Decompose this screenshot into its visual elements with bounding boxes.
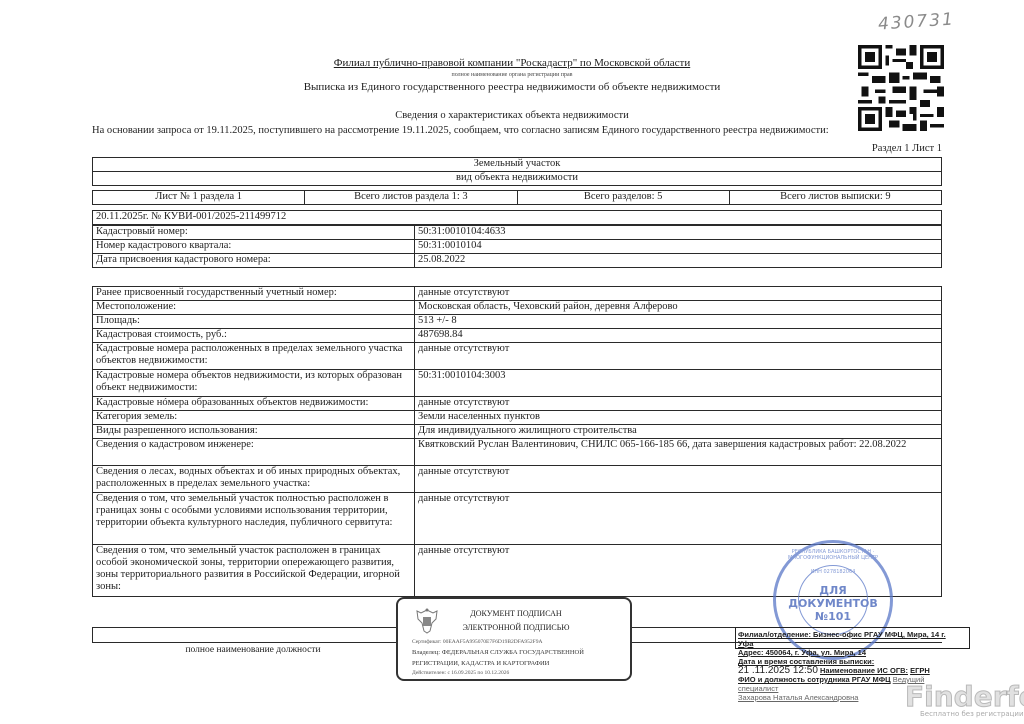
filial-branch: Филиал/отделение: Бизнес-офис РГАУ МФЦ, … bbox=[738, 630, 960, 648]
doc-number-table: 20.11.2025г. № КУВИ-001/2025-211499712 bbox=[92, 210, 942, 225]
row-value: 50:31:0010104:4633 bbox=[415, 226, 942, 240]
table-row: Ранее присвоенный государственный учетны… bbox=[93, 287, 942, 301]
filial-ogv-label: Наименование ИС ОГВ: bbox=[820, 666, 908, 675]
row-value: данные отсутствуют bbox=[415, 466, 942, 493]
signed-title: ДОКУМЕНТ ПОДПИСАН bbox=[398, 609, 634, 618]
row-label: Номер кадастрового квартала: bbox=[93, 240, 415, 254]
table-row: Номер кадастрового квартала: 50:31:00101… bbox=[93, 240, 942, 254]
row-label: Дата присвоения кадастрового номера: bbox=[93, 254, 415, 268]
row-label: Сведения о том, что земельный участок ра… bbox=[93, 545, 415, 597]
table-row: Категория земель: Земли населенных пункт… bbox=[93, 411, 942, 425]
filial-employee-label: ФИО и должность сотрудника РГАУ МФЦ bbox=[738, 675, 891, 684]
seal-line-2: ДОКУМЕНТОВ bbox=[776, 598, 890, 610]
doc-number: 20.11.2025г. № КУВИ-001/2025-211499712 bbox=[93, 211, 942, 225]
filial-address: Адрес: 450064, г. Уфа, ул. Мира, 14 bbox=[738, 648, 960, 657]
signed-subtitle: ЭЛЕКТРОННОЙ ПОДПИСЬЮ bbox=[398, 623, 634, 632]
row-label: Местоположение: bbox=[93, 301, 415, 315]
object-kind-value: Земельный участок bbox=[93, 158, 942, 172]
row-value: данные отсутствуют bbox=[415, 397, 942, 411]
table-row: Сведения о лесах, водных объектах и об и… bbox=[93, 466, 942, 493]
seal-line-3: №101 bbox=[776, 611, 890, 623]
row-label: Кадастровые номера расположенных в преде… bbox=[93, 343, 415, 370]
total-extract-sheets: Всего листов выписки: 9 bbox=[729, 191, 941, 205]
certificate: Сертификат: 00EAAF5A995070E7F6D19B2DFA95… bbox=[412, 639, 542, 645]
table-row: Сведения о кадастровом инженере: Квятков… bbox=[93, 439, 942, 466]
seal-inn: ИНН 0278182064 bbox=[776, 569, 890, 575]
row-value: 50:31:0010104:3003 bbox=[415, 370, 942, 397]
sheets-table: Лист № 1 раздела 1 Всего листов раздела … bbox=[92, 190, 942, 205]
row-label: Кадастровые номера объектов недвижимости… bbox=[93, 370, 415, 397]
row-label: Сведения о лесах, водных объектах и об и… bbox=[93, 466, 415, 493]
row-label: Категория земель: bbox=[93, 411, 415, 425]
row-label: Площадь: bbox=[93, 315, 415, 329]
row-value: 25.08.2022 bbox=[415, 254, 942, 268]
electronic-signature-box: ДОКУМЕНТ ПОДПИСАН ЭЛЕКТРОННОЙ ПОДПИСЬЮ С… bbox=[396, 597, 632, 681]
row-value: данные отсутствуют bbox=[415, 343, 942, 370]
table-row: Кадастровые номера объектов недвижимости… bbox=[93, 370, 942, 397]
table-row: Кадастровый номер: 50:31:0010104:4633 bbox=[93, 226, 942, 240]
org-name: Филиал публично-правовой компании "Роска… bbox=[0, 57, 1024, 69]
extract-title: Выписка из Единого государственного реес… bbox=[0, 81, 1024, 93]
row-value: 50:31:0010104 bbox=[415, 240, 942, 254]
row-value: данные отсутствуют bbox=[415, 493, 942, 545]
row-value: 487698.84 bbox=[415, 329, 942, 343]
cadastral-ids-table: Кадастровый номер: 50:31:0010104:4633 Но… bbox=[92, 225, 942, 268]
seal-line-1: ДЛЯ bbox=[776, 585, 890, 597]
row-label: Кадастровые нóмера образованных объектов… bbox=[93, 397, 415, 411]
watermark-tagline: Бесплатно без регистрации bbox=[920, 710, 1024, 718]
row-label: Кадастровая стоимость, руб.: bbox=[93, 329, 415, 343]
table-row: Кадастровые нóмера образованных объектов… bbox=[93, 397, 942, 411]
position-caption: полное наименование должности bbox=[92, 645, 414, 655]
owner-line-2: РЕГИСТРАЦИИ, КАДАСТРА И КАРТОГРАФИИ bbox=[412, 660, 549, 667]
object-kind-caption: вид объекта недвижимости bbox=[93, 172, 942, 186]
handwritten-number: 430731 bbox=[877, 9, 955, 34]
row-label: Сведения о том, что земельный участок по… bbox=[93, 493, 415, 545]
total-section-sheets: Всего листов раздела 1: 3 bbox=[305, 191, 517, 205]
owner-line-1: Владелец: ФЕДЕРАЛЬНАЯ СЛУЖБА ГОСУДАРСТВЕ… bbox=[412, 649, 584, 656]
row-label: Сведения о кадастровом инженере: bbox=[93, 439, 415, 466]
org-caption: полное наименование органа регистрации п… bbox=[0, 72, 1024, 78]
row-label: Ранее присвоенный государственный учетны… bbox=[93, 287, 415, 301]
section-sheet: Раздел 1 Лист 1 bbox=[872, 143, 942, 154]
table-row: Площадь: 513 +/- 8 bbox=[93, 315, 942, 329]
row-value: Земли населенных пунктов bbox=[415, 411, 942, 425]
table-row: Сведения о том, что земельный участок по… bbox=[93, 493, 942, 545]
table-row: Дата присвоения кадастрового номера: 25.… bbox=[93, 254, 942, 268]
row-value: 513 +/- 8 bbox=[415, 315, 942, 329]
sheet-number: Лист № 1 раздела 1 bbox=[93, 191, 305, 205]
table-row: Кадастровая стоимость, руб.: 487698.84 bbox=[93, 329, 942, 343]
section-title: Сведения о характеристиках объекта недви… bbox=[0, 110, 1024, 121]
row-value: Московская область, Чеховский район, дер… bbox=[415, 301, 942, 315]
row-value: данные отсутствуют bbox=[415, 287, 942, 301]
row-value: Квятковский Руслан Валентинович, СНИЛС 0… bbox=[415, 439, 942, 466]
watermark-logo: Finderfot bbox=[905, 680, 1024, 713]
filial-ogv: ЕГРН bbox=[910, 666, 930, 675]
table-row: Виды разрешенного использования: Для инд… bbox=[93, 425, 942, 439]
table-row: Кадастровые номера расположенных в преде… bbox=[93, 343, 942, 370]
seal-ring-text: РЕСПУБЛИКА БАШКОРТОСТАН · МНОГОФУНКЦИОНА… bbox=[776, 549, 890, 561]
row-label: Кадастровый номер: bbox=[93, 226, 415, 240]
total-sections: Всего разделов: 5 bbox=[517, 191, 729, 205]
valid-dates: Действителен: с 16.09.2025 по 10.12.2026 bbox=[412, 670, 509, 676]
row-value: Для индивидуального жилищного строительс… bbox=[415, 425, 942, 439]
table-row: Местоположение: Московская область, Чехо… bbox=[93, 301, 942, 315]
basis-text: На основании запроса от 19.11.2025, пост… bbox=[92, 125, 829, 136]
row-label: Виды разрешенного использования: bbox=[93, 425, 415, 439]
object-kind-table: Земельный участок вид объекта недвижимос… bbox=[92, 157, 942, 186]
position-cell bbox=[93, 628, 415, 643]
